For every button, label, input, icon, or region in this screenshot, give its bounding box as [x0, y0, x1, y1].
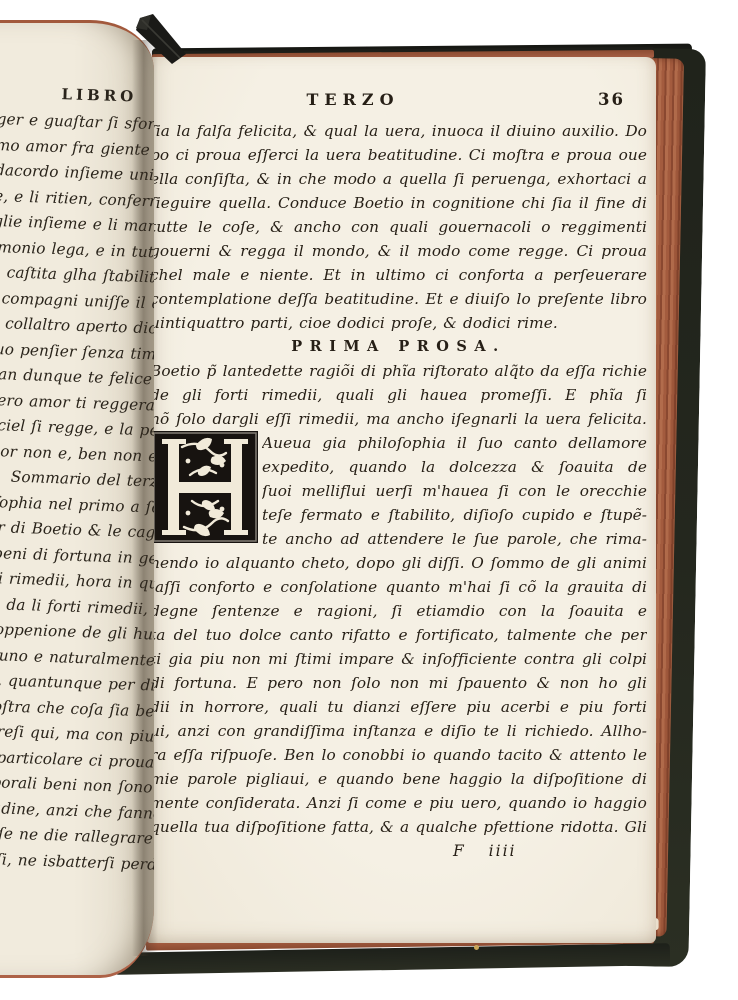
text-line: rarſi, ne isbatterſi perdendogli. G: [0, 846, 154, 879]
text-line: nõ ſolo dargli eſſi rimedii, ma ancho iſ…: [150, 407, 647, 431]
signature-mark: F iiii: [453, 839, 647, 863]
left-page-text: LIBRO ger e guaſtar ſi sforzeranno. mo a…: [0, 79, 154, 879]
paper-speck: [474, 945, 479, 950]
section-heading: PRIMA PROSA.: [150, 335, 647, 359]
ribbon-bookmark: [128, 12, 190, 68]
text-line: tutte le coſe, & ancho con quali gouerna…: [150, 215, 647, 239]
left-page: LIBRO ger e guaſtar ſi sforzeranno. mo a…: [0, 20, 154, 978]
text-line: ſuoi melliflui uerſi m'hauea ſi con le o…: [262, 479, 647, 503]
text-line: ſia la falſa felicita, & qual la uera, i…: [150, 119, 647, 143]
text-line: contemplatione deſſa beatitudine. Et e d…: [150, 287, 647, 311]
text-line: ta del tuo dolce canto rifatto e fortifi…: [150, 623, 647, 647]
text-line: ui, anzi con grandiſſima inſtanza e diſi…: [150, 719, 647, 743]
woodcut-initial-H: [152, 431, 258, 543]
running-title: LIBRO: [61, 81, 154, 112]
text-line: Boetio p̃ lantedette ragiõi di phĩa riſt…: [150, 359, 647, 383]
text-line: ella conſiſta, & in che modo a quella ſi…: [150, 167, 647, 191]
text-line: laſſi conforto e conſolatione quanto m'h…: [150, 575, 647, 599]
text-line: Aueua gia philoſophia il ſuo canto della…: [262, 431, 647, 455]
right-page: TERZO 36 ſia la falſa felicita, & qual l…: [148, 57, 656, 943]
text-line: ſieguire quella. Conduce Boetio in cogni…: [150, 191, 647, 215]
book-photo: TERZO 36 ſia la falſa felicita, & qual l…: [0, 0, 738, 1000]
text-line: chel male e niente. Et in ultimo ci conf…: [150, 263, 647, 287]
text-line: uintiquattro parti, cioe dodici proſe, &…: [150, 311, 647, 335]
text-line: dii in horrore, quali tu dianzi eſſere p…: [150, 695, 647, 719]
text-line: mie parole pigliaui, e quando bene haggi…: [150, 767, 647, 791]
page-number: 36: [598, 90, 625, 109]
text-line: de gli forti rimedii, quali gli hauea pr…: [150, 383, 647, 407]
text-line: ra eſſa riſpuoſe. Ben lo conobbi io quan…: [150, 743, 647, 767]
text-line: te ancho ad attendere le ſue parole, che…: [262, 527, 647, 551]
text-line: di fortuna. E pero non ſolo non mi ſpaue…: [150, 671, 647, 695]
text-line: po ci proua eſſerci la uera beatitudine.…: [150, 143, 647, 167]
text-line: gouerni & regga il mondo, & il modo come…: [150, 239, 647, 263]
running-title: TERZO: [268, 90, 438, 109]
text-line: degne ſentenze e ragioni, ſi etiamdio co…: [150, 599, 647, 623]
right-page-text: TERZO 36 ſia la falſa felicita, & qual l…: [150, 57, 650, 943]
text-line: mente conſiderata. Anzi ſi come e piu ue…: [150, 791, 647, 815]
text-block: ger e guaſtar ſi sforzeranno. mo amor fr…: [0, 107, 154, 879]
text-line: teſe fermato e ſtabilito, diſioſo cupido…: [262, 503, 647, 527]
text-line: ti gia piu non mi ſtimi impare & inſoffi…: [150, 647, 647, 671]
text-line: quella tua diſpoſitione fatta, & a qualc…: [150, 815, 647, 839]
text-line: nendo io alquanto cheto, dopo gli diſſi.…: [150, 551, 647, 575]
running-header: TERZO 36: [150, 90, 650, 112]
text-line: expedito, quando la dolcezza & ſoauita d…: [262, 455, 647, 479]
